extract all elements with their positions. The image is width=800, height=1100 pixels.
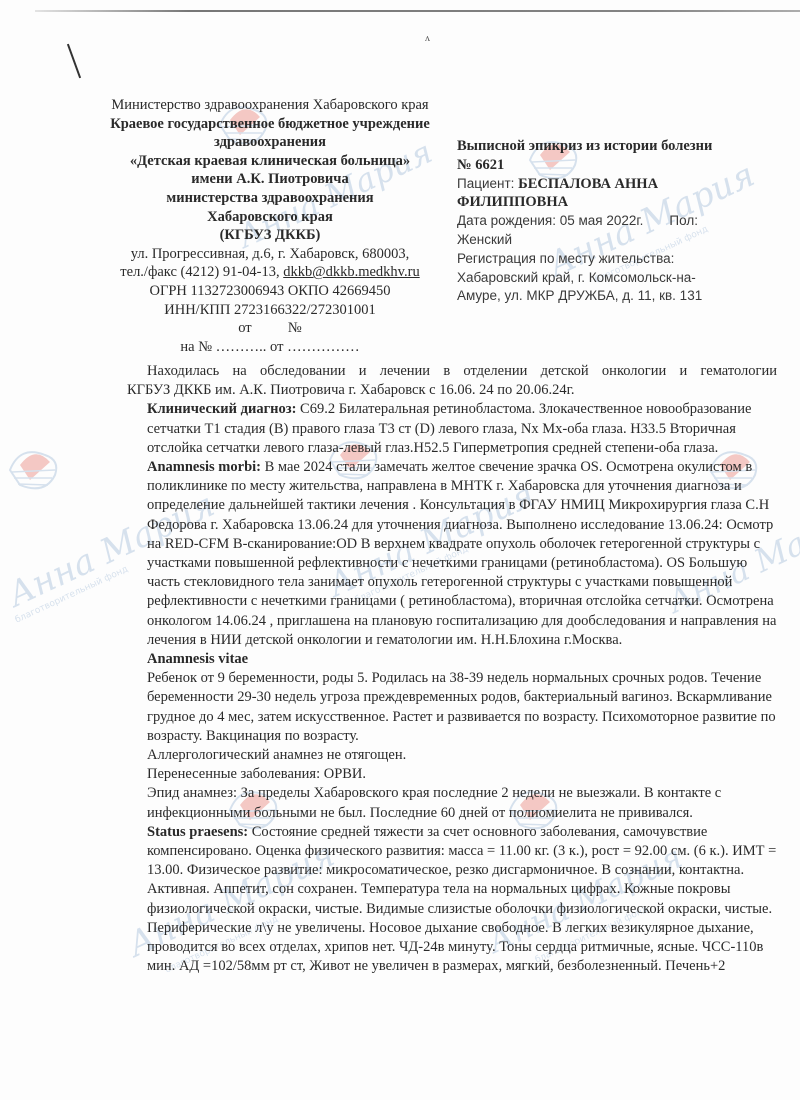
status-label: Status praesens:: [147, 824, 248, 840]
case-number: № 6621: [457, 156, 787, 175]
dob-line: Дата рождения: 05 мая 2022г.Пол:: [457, 212, 787, 231]
patient-patronymic: ФИЛИППОВНА: [457, 193, 787, 212]
patient-label: Пациент:: [457, 176, 518, 191]
institution-type-line-2: здравоохранения: [80, 133, 460, 152]
outgoing-ref: от №: [80, 319, 460, 338]
ogrn-okpo: ОГРН 1132723006943 ОКПО 42669450: [80, 282, 460, 301]
scan-edge-line: [35, 10, 800, 12]
status-text: Состояние средней тяжести за счет основн…: [147, 824, 776, 974]
fund-logo-icon: [0, 440, 80, 510]
morbi-text: В мае 2024 стали замечать желтое свечени…: [147, 459, 776, 648]
anamnesis-morbi: Anamnesis morbi: В мае 2024 стали замеча…: [147, 458, 777, 650]
date-of-birth: Дата рождения: 05 мая 2022г.: [457, 213, 643, 228]
hospital-name: «Детская краевая клиническая больница»: [80, 152, 460, 171]
patient-name: БЕСПАЛОВА АННА: [518, 176, 658, 192]
document-title: Выписной эпикриз из истории болезни: [457, 137, 787, 156]
ministry-sub-line: министерства здравоохранения: [80, 189, 460, 208]
diagnosis-label: Клинический диагноз:: [147, 401, 296, 417]
inn-kpp: ИНН/КПП 2723166322/272301001: [80, 301, 460, 320]
morbi-label: Anamnesis morbi:: [147, 459, 261, 475]
admission-intro-line1: Находилась на обследовании и лечении в о…: [147, 363, 777, 379]
vitae-text: Ребенок от 9 беременности, роды 5. Родил…: [147, 669, 777, 746]
phone-fax: тел./факс (4212) 91-04-13,: [120, 264, 283, 280]
hospital-abbrev: (КГБУЗ ДККБ): [80, 226, 460, 245]
registration-address-1: Хабаровский край, г. Комсомольск-на-: [457, 269, 787, 288]
scan-speck: ʌ: [425, 33, 430, 44]
past-diseases: Перенесенные заболевания: ОРВИ.: [147, 765, 777, 784]
registration-address-2: Амуре, ул. МКР ДРУЖБА, д. 11, кв. 131: [457, 287, 787, 306]
sex-value: Женский: [457, 231, 787, 250]
vitae-label: Anamnesis vitae: [147, 650, 777, 669]
admission-intro: Находилась на обследовании и лечении в о…: [147, 362, 777, 381]
allergy-history: Аллергологический анамнез не отягощен.: [147, 746, 777, 765]
patient-line: Пациент: БЕСПАЛОВА АННА: [457, 175, 787, 194]
hospital-address: ул. Прогрессивная, д.6, г. Хабаровск, 68…: [80, 245, 460, 264]
sex-label: Пол:: [669, 213, 698, 228]
document-header: Выписной эпикриз из истории болезни № 66…: [457, 137, 787, 306]
clinical-diagnosis: Клинический диагноз: С69.2 Билатеральная…: [147, 400, 777, 458]
incoming-ref: на № ……….. от ……………: [80, 338, 460, 357]
epid-history: Эпид анамнез: За пределы Хабаровского кр…: [147, 784, 777, 822]
region-line: Хабаровского края: [80, 208, 460, 227]
hospital-named-after: имени А.К. Пиотровича: [80, 170, 460, 189]
registration-label: Регистрация по месту жительства:: [457, 250, 787, 269]
epicrisis-body: Находилась на обследовании и лечении в о…: [147, 362, 777, 977]
pen-mark: [67, 44, 81, 79]
email-link[interactable]: dkkb@dkkb.medkhv.ru: [283, 264, 419, 280]
hospital-contacts: тел./факс (4212) 91-04-13, dkkb@dkkb.med…: [80, 263, 460, 282]
institution-type-line: Краевое государственное бюджетное учрежд…: [80, 115, 460, 134]
ministry-line: Министерство здравоохранения Хабаровског…: [80, 96, 460, 115]
status-praesens: Status praesens: Состояние средней тяжес…: [147, 823, 777, 977]
admission-dates: КГБУЗ ДККБ им. А.К. Пиотровича г. Хабаро…: [127, 381, 777, 400]
institution-header: Министерство здравоохранения Хабаровског…: [80, 96, 460, 356]
